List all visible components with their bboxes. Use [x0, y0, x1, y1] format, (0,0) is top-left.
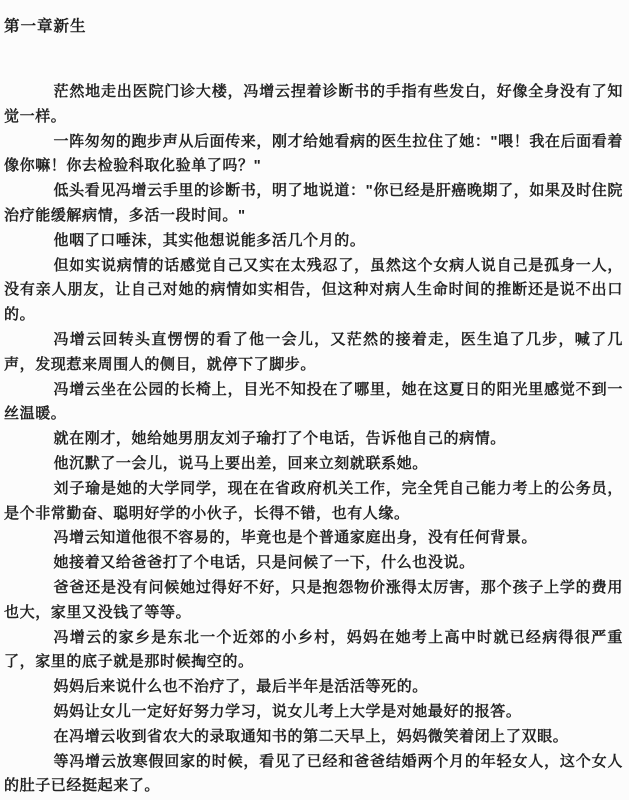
- paragraph: 妈妈后来说什么也不治疗了，最后半年是活活等死的。: [4, 675, 623, 700]
- paragraph: 一阵匆匆的跑步声从后面传来，刚才给她看病的医生拉住了她："喂！我在后面看着像你嘛…: [4, 130, 623, 180]
- paragraph: 他沉默了一会儿，说马上要出差，回来立刻就联系她。: [4, 452, 623, 477]
- paragraph: 茫然地走出医院门诊大楼，冯增云捏着诊断书的手指有些发白，好像全身没有了知觉一样。: [4, 80, 623, 130]
- paragraph: 冯增云的家乡是东北一个近郊的小乡村，妈妈在她考上高中时就已经病得很严重了，家里的…: [4, 626, 623, 676]
- chapter-title: 第一章新生: [4, 14, 623, 36]
- paragraph: 在冯增云收到省农大的录取通知书的第二天早上，妈妈微笑着闭上了双眼。: [4, 725, 623, 750]
- paragraph: 冯增云坐在公园的长椅上，目光不知投在了哪里，她在这夏日的阳光里感觉不到一丝温暖。: [4, 378, 623, 428]
- paragraph: 但如实说病情的话感觉自己又实在太残忍了，虽然这个女病人说自己是孤身一人，没有亲人…: [4, 254, 623, 328]
- novel-page: 第一章新生 茫然地走出医院门诊大楼，冯增云捏着诊断书的手指有些发白，好像全身没有…: [0, 0, 629, 800]
- paragraph: 刘子瑜是她的大学同学，现在在省政府机关工作，完全凭自己能力考上的公务员，是个非常…: [4, 477, 623, 527]
- paragraph: 就在刚才，她给她男朋友刘子瑜打了个电话，告诉他自己的病情。: [4, 427, 623, 452]
- paragraph: 爸爸还是没有问候她过得好不好，只是抱怨物价涨得太厉害，那个孩子上学的费用也大，家…: [4, 576, 623, 626]
- paragraph: 她接着又给爸爸打了个电话，只是问候了一下，什么也没说。: [4, 551, 623, 576]
- chapter-body: 茫然地走出医院门诊大楼，冯增云捏着诊断书的手指有些发白，好像全身没有了知觉一样。…: [4, 80, 623, 799]
- paragraph: 低头看见冯增云手里的诊断书，明了地说道："你已经是肝癌晚期了，如果及时住院治疗能…: [4, 179, 623, 229]
- paragraph: 他咽了口唾沫，其实他想说能多活几个月的。: [4, 229, 623, 254]
- paragraph: 冯增云回转头直愣愣的看了他一会儿，又茫然的接着走，医生追了几步，喊了几声，发现惹…: [4, 328, 623, 378]
- paragraph: 冯增云知道他很不容易的，毕竟也是个普通家庭出身，没有任何背景。: [4, 526, 623, 551]
- paragraph: 等冯增云放寒假回家的时候，看见了已经和爸爸结婚两个月的年轻女人，这个女人的肚子已…: [4, 750, 623, 800]
- paragraph: 妈妈让女儿一定好好努力学习，说女儿考上大学是对她最好的报答。: [4, 700, 623, 725]
